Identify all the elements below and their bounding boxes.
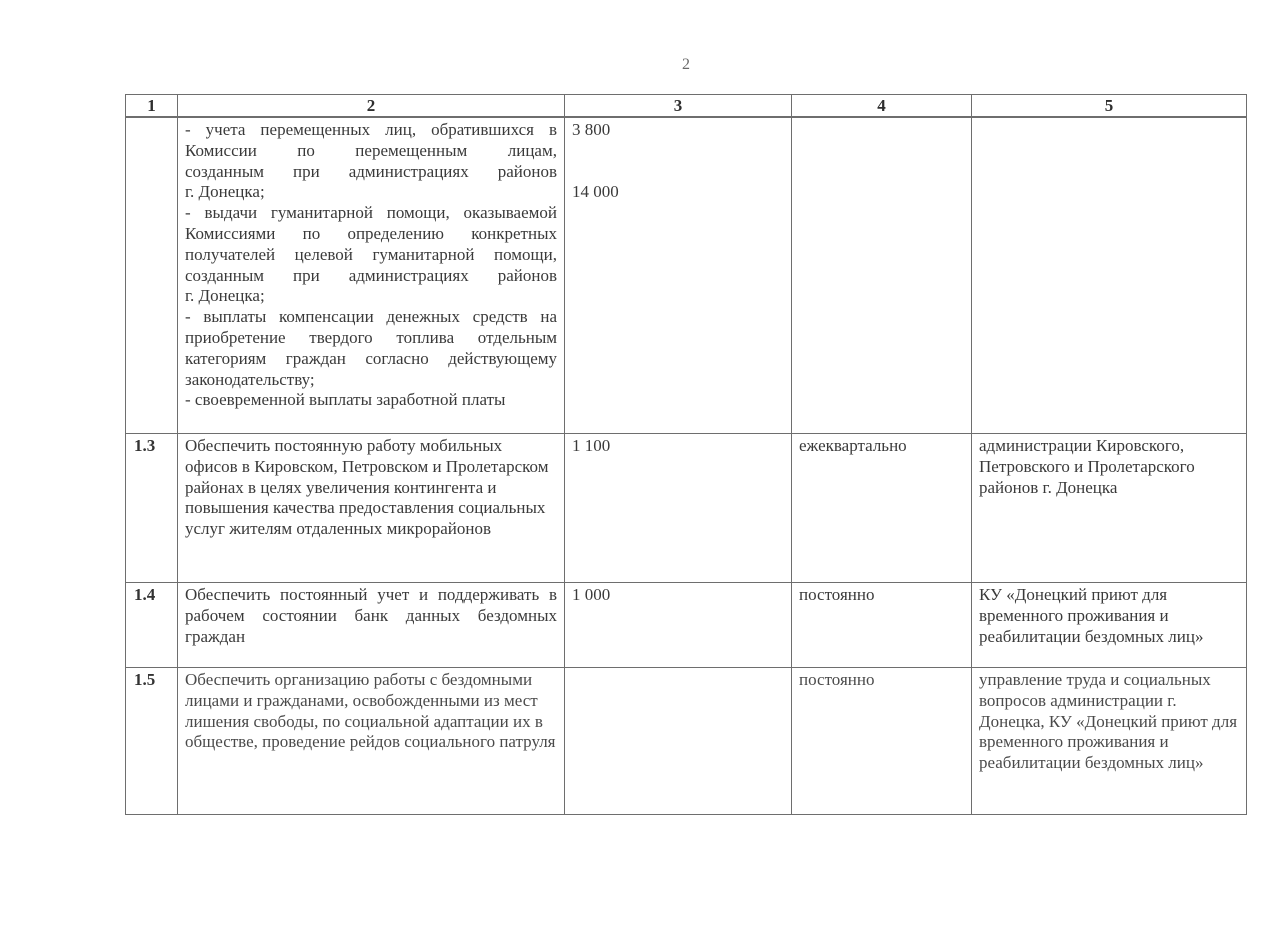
column-header-5: 5 xyxy=(972,95,1247,118)
row-period: постоянно xyxy=(792,583,972,668)
continuation-item-line: созданным при администрациях районов xyxy=(185,162,557,183)
row-value xyxy=(565,668,792,815)
row-description: Обеспечить постоянный учет и поддерживат… xyxy=(178,583,565,668)
continuation-item: - выдачи гуманитарной помощи, оказываемо… xyxy=(185,203,557,307)
row-responsible xyxy=(972,117,1247,434)
continuation-item-line: Комиссиями по определению конкретных xyxy=(185,224,557,245)
row-period xyxy=(792,117,972,434)
row-period: ежеквартально xyxy=(792,434,972,583)
value-humanitarian-aid: 14 000 xyxy=(572,182,619,201)
continuation-item-line: - выплаты компенсации денежных средств н… xyxy=(185,307,557,328)
continuation-item-line: получателей целевой гуманитарной помощи, xyxy=(185,245,557,266)
continuation-item-line: г. Донецка; xyxy=(185,286,557,307)
row-value: 1 000 xyxy=(565,583,792,668)
column-header-3: 3 xyxy=(565,95,792,118)
column-header-1: 1 xyxy=(126,95,178,118)
continuation-item-line: приобретение твердого топлива отдельным xyxy=(185,328,557,349)
table-row: 1.4 Обеспечить постоянный учет и поддерж… xyxy=(126,583,1247,668)
page-number: 2 xyxy=(0,56,1280,74)
continuation-item-line: категориям граждан согласно действующему xyxy=(185,349,557,370)
row-description: Обеспечить постоянную работу мобильных о… xyxy=(178,434,565,583)
column-header-4: 4 xyxy=(792,95,972,118)
row-value: 1 100 xyxy=(565,434,792,583)
row-description: Обеспечить организацию работы с бездомны… xyxy=(178,668,565,815)
continuation-item-line: г. Донецка; xyxy=(185,182,557,203)
row-period: постоянно xyxy=(792,668,972,815)
table-row-continuation: - учета перемещенных лиц, обратившихся в… xyxy=(126,117,1247,434)
column-header-2: 2 xyxy=(178,95,565,118)
row-responsible: администрации Кировского, Петровского и … xyxy=(972,434,1247,583)
continuation-item: - учета перемещенных лиц, обратившихся в… xyxy=(185,120,557,203)
continuation-item-line: созданным при администрациях районов xyxy=(185,266,557,287)
continuation-item: - выплаты компенсации денежных средств н… xyxy=(185,307,557,390)
row-number: 1.3 xyxy=(126,434,178,583)
table-header-row: 1 2 3 4 5 xyxy=(126,95,1247,118)
continuation-items: - учета перемещенных лиц, обратившихся в… xyxy=(185,118,557,411)
row-description: - учета перемещенных лиц, обратившихся в… xyxy=(178,117,565,434)
continuation-item: - своевременной выплаты заработной платы xyxy=(185,390,557,411)
table-row: 1.3 Обеспечить постоянную работу мобильн… xyxy=(126,434,1247,583)
continuation-item-line: Комиссии по перемещенным лицам, xyxy=(185,141,557,162)
row-number xyxy=(126,117,178,434)
row-values: 3 800 14 000 xyxy=(565,117,792,434)
row-number: 1.4 xyxy=(126,583,178,668)
table-row: 1.5 Обеспечить организацию работы с безд… xyxy=(126,668,1247,815)
row-responsible: управление труда и социальных вопросов а… xyxy=(972,668,1247,815)
measures-table: 1 2 3 4 5 - учета перемещенных лиц, обра… xyxy=(125,94,1247,815)
continuation-item-line: - своевременной выплаты заработной платы xyxy=(185,390,557,411)
continuation-item-line: - выдачи гуманитарной помощи, оказываемо… xyxy=(185,203,557,224)
value-displaced-persons: 3 800 xyxy=(572,120,610,139)
row-responsible: КУ «Донецкий приют для временного прожив… xyxy=(972,583,1247,668)
continuation-item-line: - учета перемещенных лиц, обратившихся в xyxy=(185,120,557,141)
row-number: 1.5 xyxy=(126,668,178,815)
continuation-item-line: законодательству; xyxy=(185,370,557,391)
